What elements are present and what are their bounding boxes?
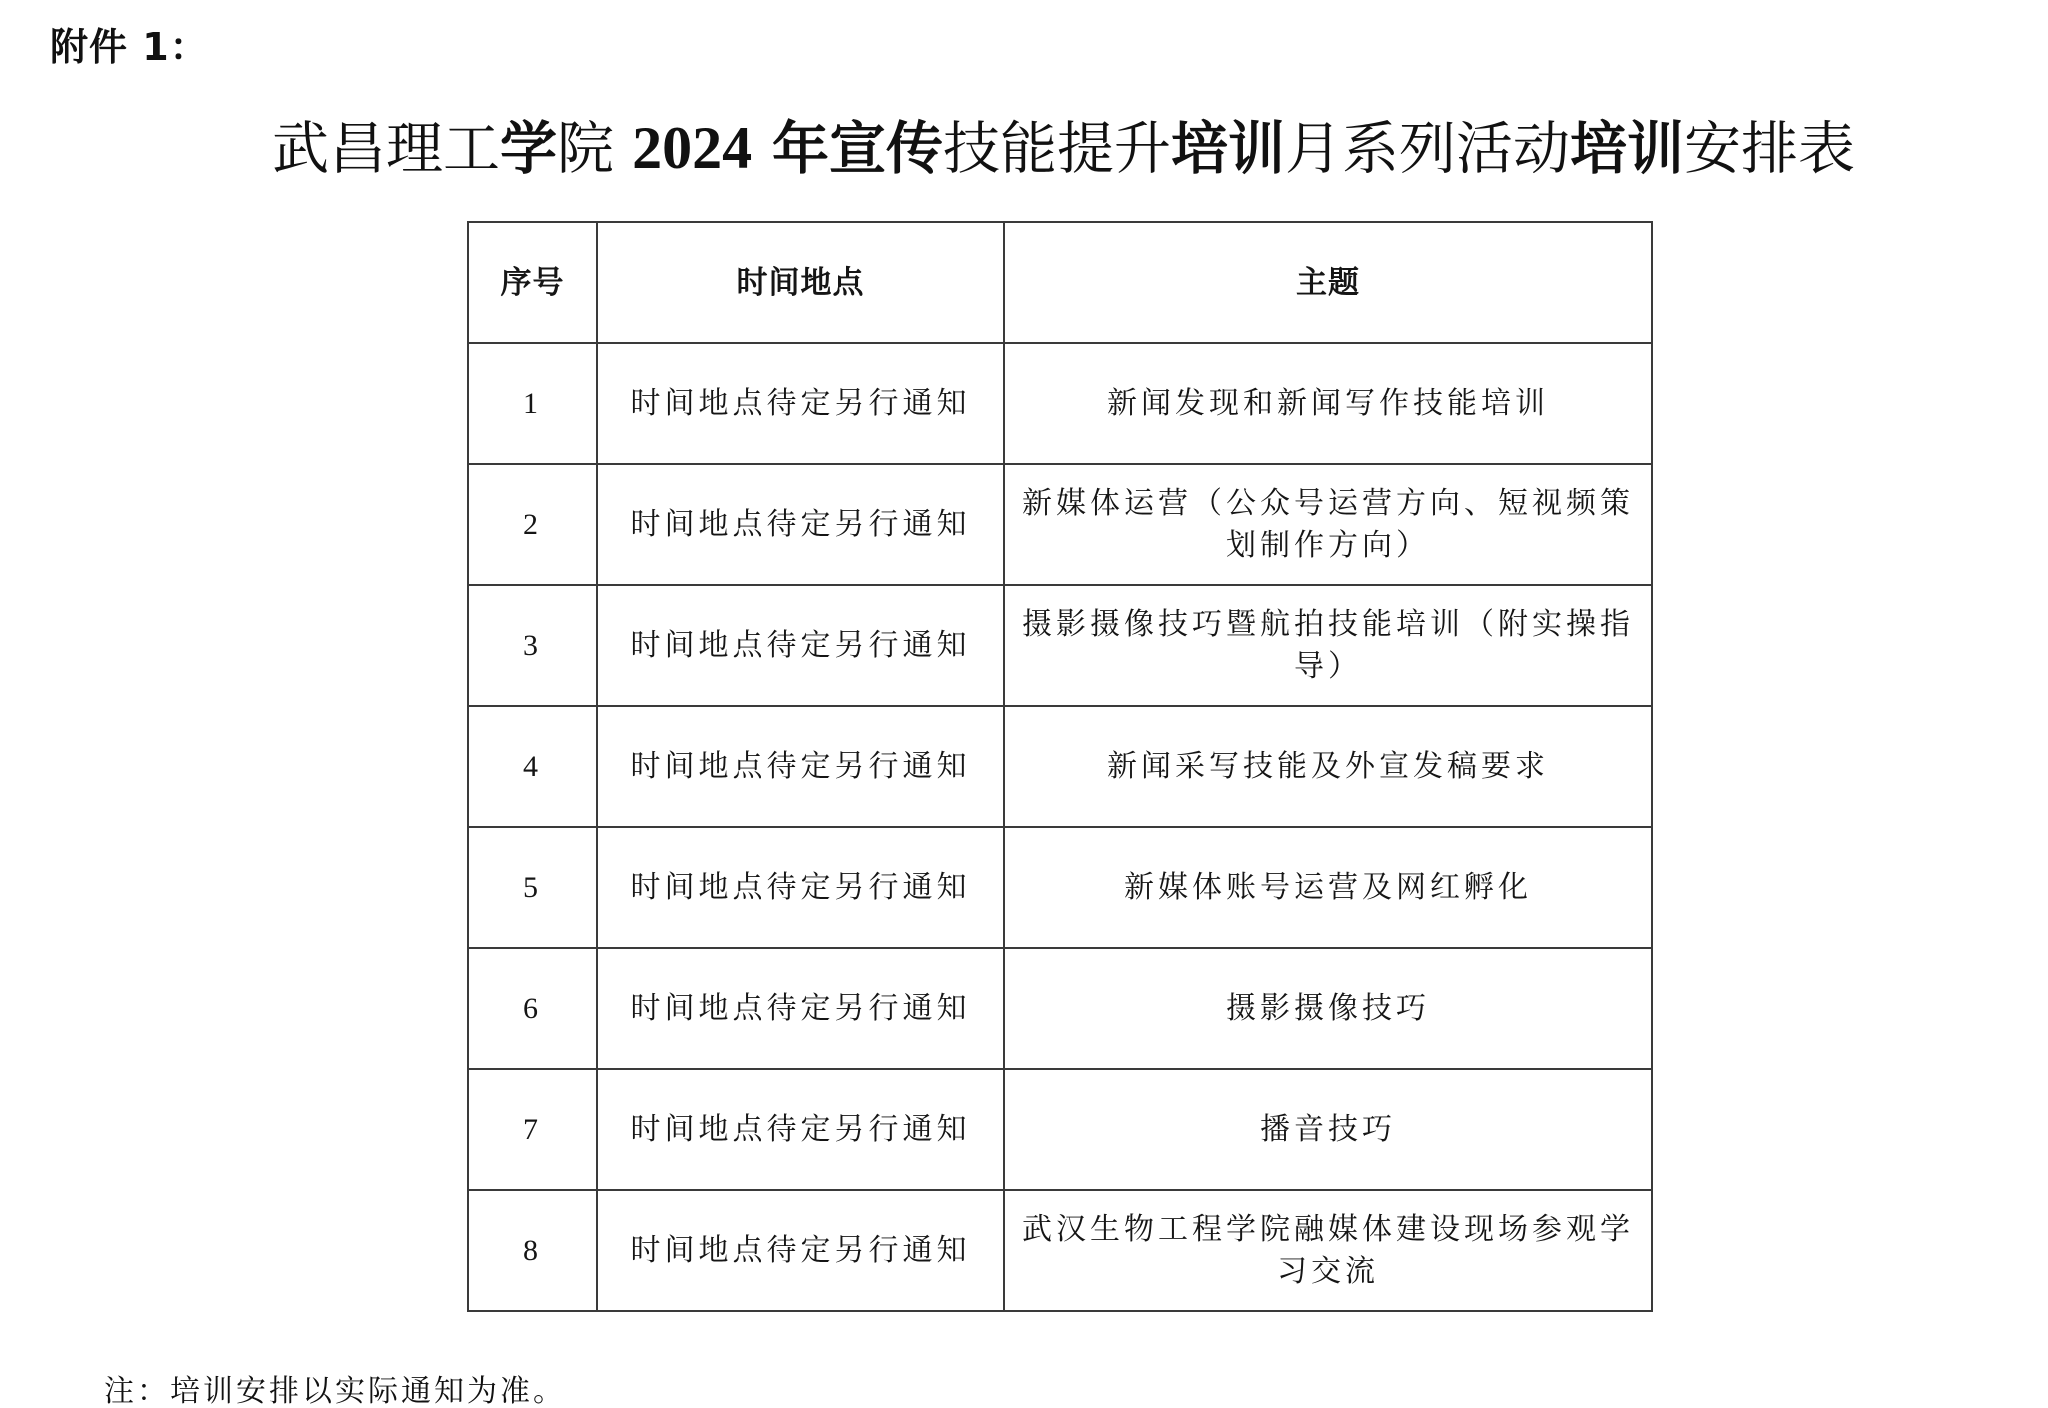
row-theme: 摄影摄像技巧: [1004, 948, 1652, 1069]
row-time-place: 时间地点待定另行通知: [597, 706, 1004, 827]
row-index: 8: [468, 1190, 597, 1311]
row-theme: 新媒体运营（公众号运营方向、短视频策划制作方向）: [1004, 464, 1652, 585]
title-segment: 月系列活动: [1285, 116, 1570, 182]
table-row: 4时间地点待定另行通知新闻采写技能及外宣发稿要求: [468, 706, 1652, 827]
document-title: 武昌理工学院 2024 年宣传技能提升培训月系列活动培训安排表: [272, 106, 2012, 191]
row-index: 5: [468, 827, 597, 948]
title-segment: 学: [500, 115, 557, 182]
title-segment: 培训: [1171, 115, 1285, 182]
footnote: 注：培训安排以实际通知为准。: [104, 1366, 566, 1408]
table-row: 2时间地点待定另行通知新媒体运营（公众号运营方向、短视频策划制作方向）: [468, 464, 1652, 585]
title-year: 2024: [632, 115, 752, 181]
row-index: 1: [468, 343, 597, 464]
row-index: 6: [468, 948, 597, 1069]
table-row: 7时间地点待定另行通知播音技巧: [468, 1069, 1652, 1190]
row-time-place: 时间地点待定另行通知: [597, 343, 1004, 464]
table-row: 8时间地点待定另行通知武汉生物工程学院融媒体建设现场参观学习交流: [468, 1190, 1652, 1311]
table-row: 3时间地点待定另行通知摄影摄像技巧暨航拍技能培训（附实操指导）: [468, 585, 1652, 706]
row-index: 3: [468, 585, 597, 706]
row-time-place: 时间地点待定另行通知: [597, 464, 1004, 585]
row-time-place: 时间地点待定另行通知: [597, 585, 1004, 706]
title-segment: 培训: [1570, 115, 1684, 182]
title-segment: 年宣传: [752, 115, 943, 182]
title-segment: 安排表: [1684, 116, 1855, 182]
row-theme: 新媒体账号运营及网红孵化: [1004, 827, 1652, 948]
header-theme: 主题: [1004, 222, 1652, 343]
attachment-label: 附件 1：: [50, 16, 209, 71]
row-index: 2: [468, 464, 597, 585]
row-theme: 新闻采写技能及外宣发稿要求: [1004, 706, 1652, 827]
row-time-place: 时间地点待定另行通知: [597, 1190, 1004, 1311]
table-row: 6时间地点待定另行通知摄影摄像技巧: [468, 948, 1652, 1069]
table-header-row: 序号 时间地点 主题: [468, 222, 1652, 343]
title-segment: 技能提升: [943, 116, 1171, 182]
table-row: 5时间地点待定另行通知新媒体账号运营及网红孵化: [468, 827, 1652, 948]
row-time-place: 时间地点待定另行通知: [597, 827, 1004, 948]
title-segment: 武昌理工: [272, 116, 500, 182]
row-time-place: 时间地点待定另行通知: [597, 1069, 1004, 1190]
row-theme: 武汉生物工程学院融媒体建设现场参观学习交流: [1004, 1190, 1652, 1311]
training-schedule-table: 序号 时间地点 主题 1时间地点待定另行通知新闻发现和新闻写作技能培训2时间地点…: [467, 221, 1653, 1312]
table-row: 1时间地点待定另行通知新闻发现和新闻写作技能培训: [468, 343, 1652, 464]
row-index: 7: [468, 1069, 597, 1190]
row-theme: 摄影摄像技巧暨航拍技能培训（附实操指导）: [1004, 585, 1652, 706]
title-segment: 院: [557, 116, 632, 182]
header-time-place: 时间地点: [597, 222, 1004, 343]
row-theme: 新闻发现和新闻写作技能培训: [1004, 343, 1652, 464]
row-index: 4: [468, 706, 597, 827]
row-theme: 播音技巧: [1004, 1069, 1652, 1190]
row-time-place: 时间地点待定另行通知: [597, 948, 1004, 1069]
header-index: 序号: [468, 222, 597, 343]
